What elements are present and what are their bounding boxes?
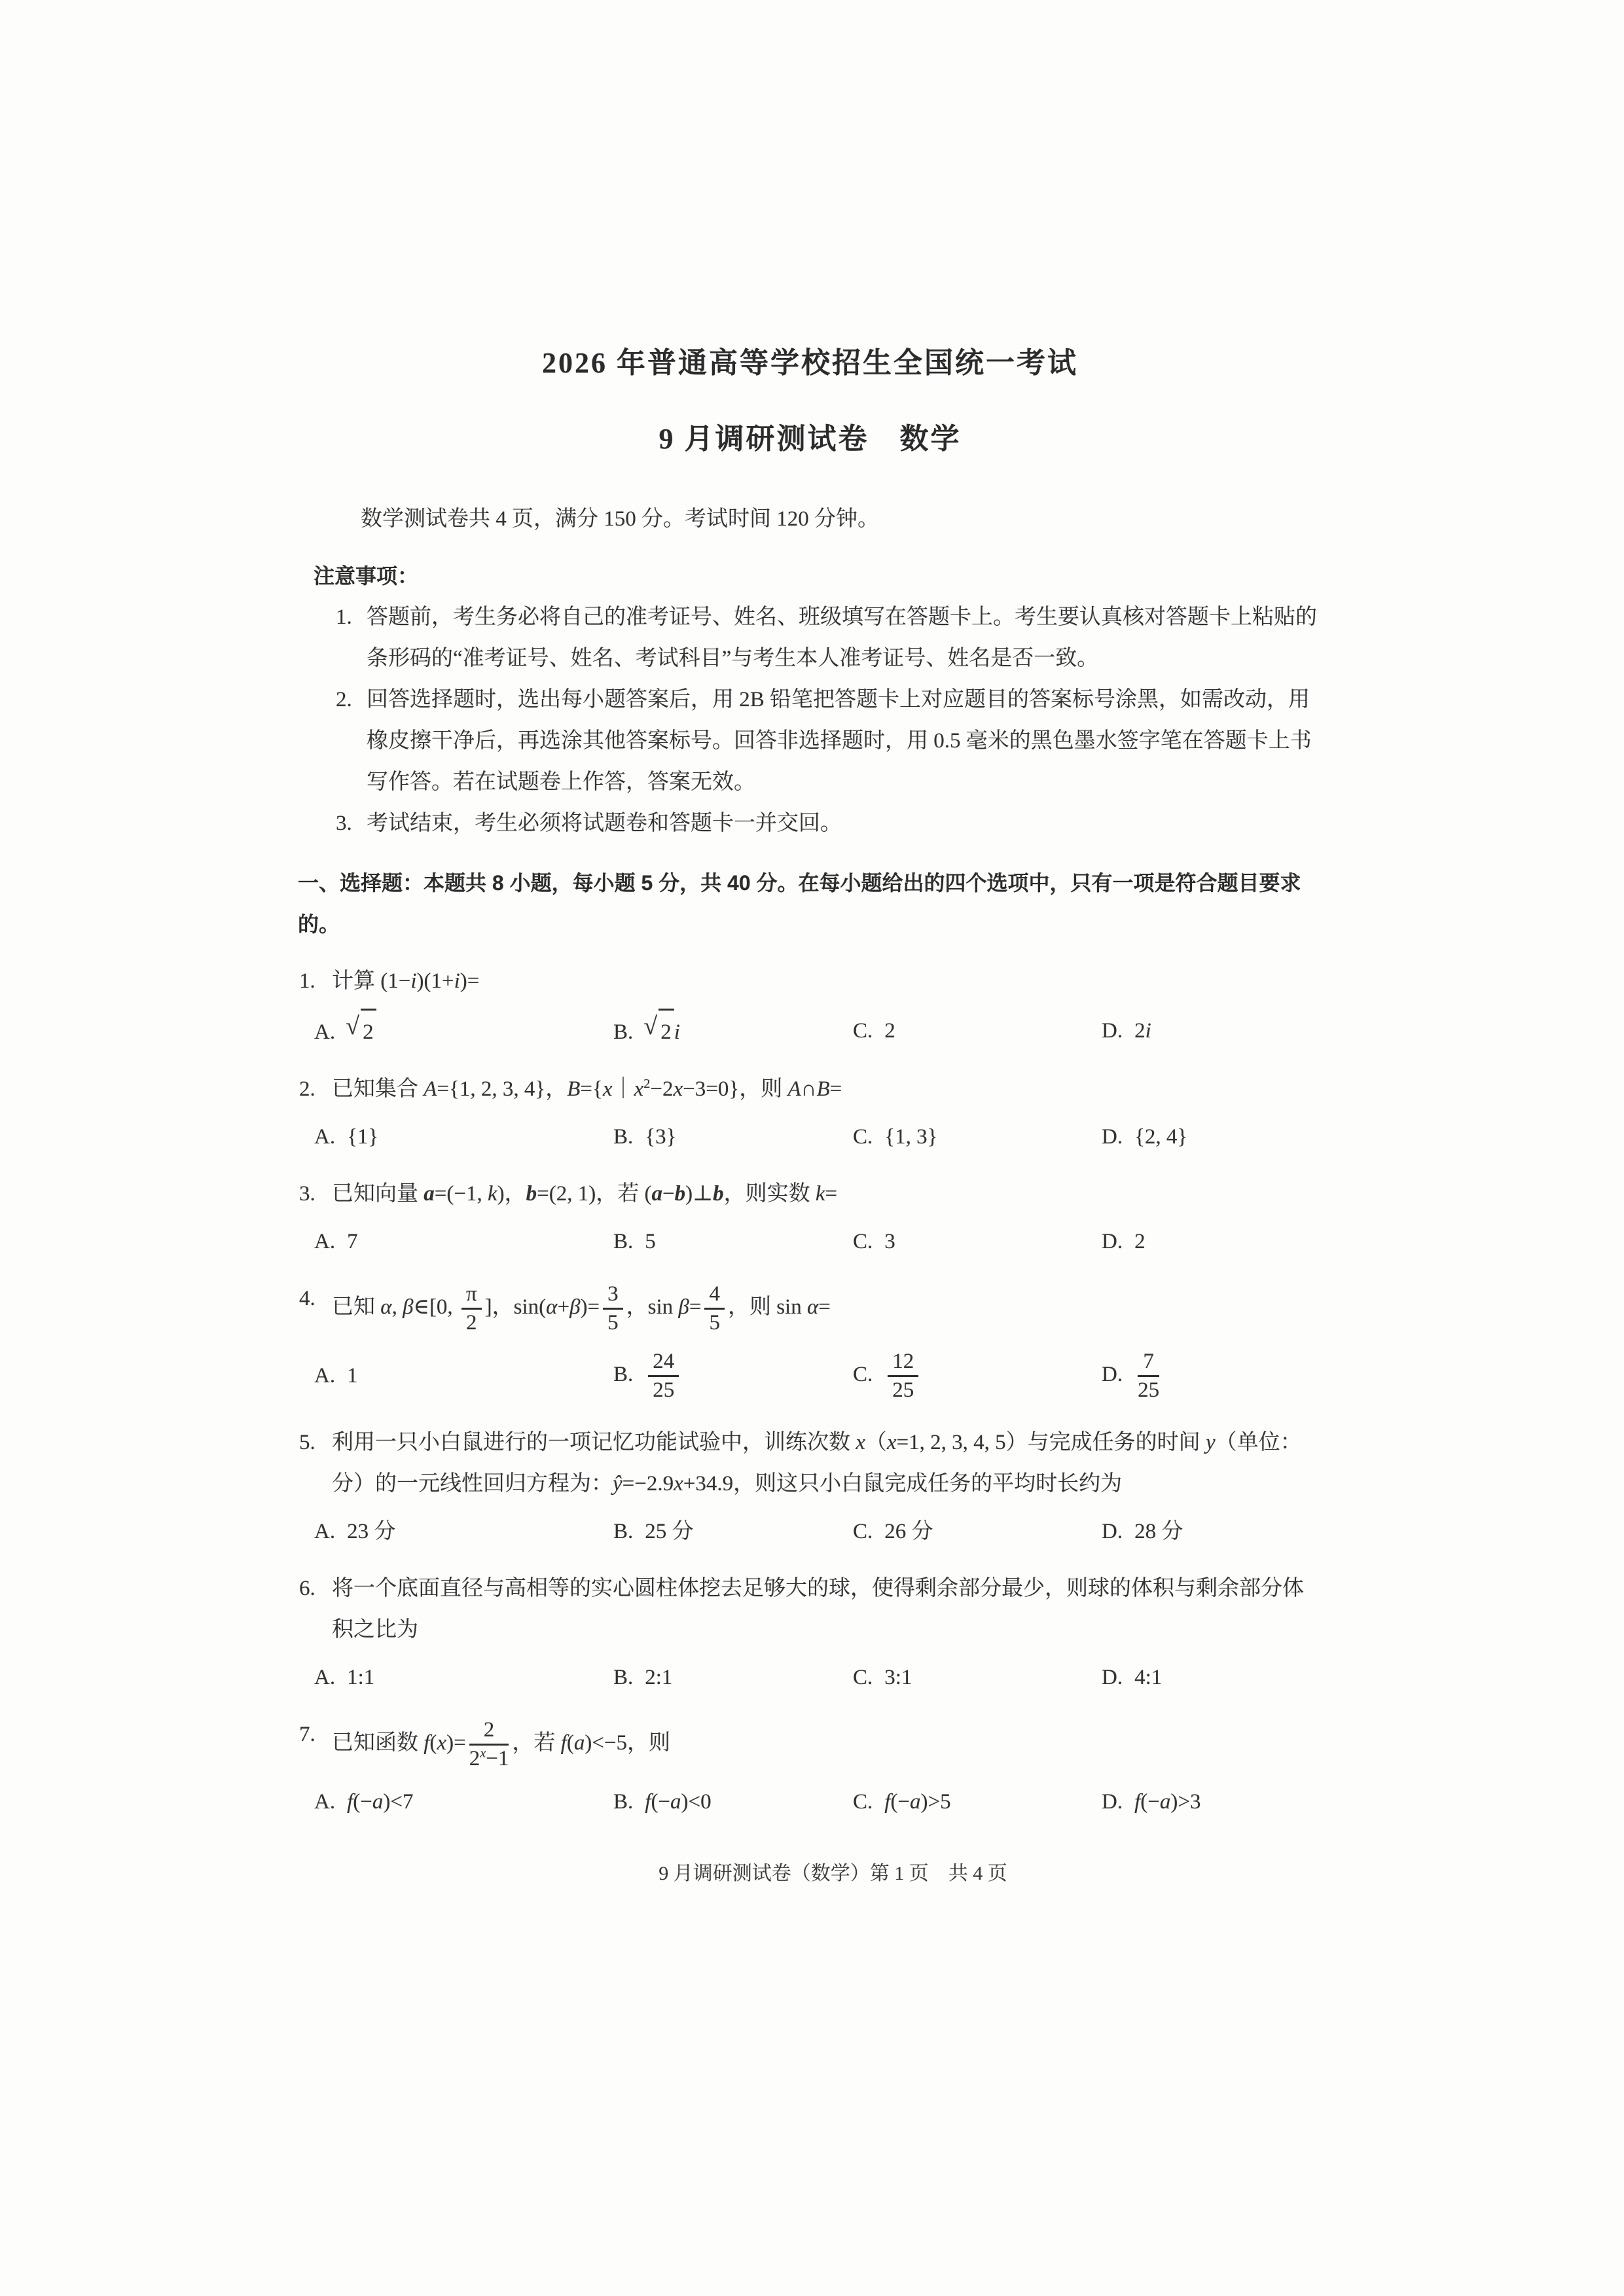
option-row: A.2B.2iC.2D.2i [298, 1009, 1322, 1053]
option-value: f(−a)<0 [645, 1790, 711, 1814]
question-stem-row: 2. 已知集合 A={1, 2, 3, 4}，B={x｜x2−2x−3=0}，则… [298, 1069, 1322, 1110]
option-value: 2 [347, 1020, 376, 1044]
question-number: 1. [298, 961, 332, 1002]
option-value: f(−a)>5 [884, 1790, 950, 1814]
question-number: 3. [298, 1174, 332, 1215]
option: A.{1} [314, 1117, 613, 1158]
option: B.5 [613, 1221, 853, 1263]
option-value: 5 [645, 1230, 656, 1253]
option: A.2 [314, 1009, 613, 1053]
option-label: B. [613, 1666, 633, 1689]
question-stem-row: 7. 已知函数 f(x)=22x−1，若 f(a)<−5，则 [298, 1714, 1322, 1775]
option-label: B. [613, 1230, 633, 1253]
option-label: C. [853, 1520, 873, 1543]
option-label: A. [314, 1520, 335, 1543]
option-value: 3 [884, 1230, 895, 1253]
question-stem-row: 6. 将一个底面直径与高相等的实心圆柱体挖去足够大的球，使得剩余部分最少，则球的… [298, 1568, 1322, 1651]
option: B.2425 [613, 1346, 853, 1407]
notice-item: 2. 回答选择题时，选出每小题答案后，用 2B 铅笔把答题卡上对应题目的答案标号… [298, 679, 1322, 803]
option-label: C. [853, 1666, 873, 1689]
option-label: C. [853, 1790, 873, 1814]
question-stem: 计算 (1−i)(1+i)= [332, 961, 1322, 1002]
exam-intro: 数学测试卷共 4 页，满分 150 分。考试时间 120 分钟。 [298, 499, 1322, 540]
option-value: 7 [347, 1230, 358, 1253]
option-label: D. [1102, 1125, 1123, 1149]
option-row: A.f(−a)<7B.f(−a)<0C.f(−a)>5D.f(−a)>3 [298, 1782, 1322, 1823]
option: A.1 [314, 1355, 613, 1397]
option-label: B. [613, 1125, 633, 1149]
option: A.1:1 [314, 1657, 613, 1698]
option-value: 28 分 [1134, 1520, 1183, 1543]
option-label: D. [1102, 1520, 1123, 1543]
option: A.f(−a)<7 [314, 1782, 613, 1823]
option-row: A.{1}B.{3}C.{1, 3}D.{2, 4} [298, 1117, 1322, 1158]
question-stem: 已知集合 A={1, 2, 3, 4}，B={x｜x2−2x−3=0}，则 A∩… [332, 1069, 1322, 1110]
question-number: 2. [298, 1069, 332, 1110]
notice-item: 1. 答题前，考生务必将自己的准考证号、姓名、班级填写在答题卡上。考生要认真核对… [298, 597, 1322, 679]
option: C.3 [853, 1221, 1102, 1263]
option-label: C. [853, 1363, 873, 1386]
option: C.3:1 [853, 1657, 1102, 1698]
question-stem: 利用一只小白鼠进行的一项记忆功能试验中，训练次数 x（x=1, 2, 3, 4,… [332, 1422, 1322, 1505]
option-value: 2:1 [645, 1666, 672, 1689]
notice-number: 2. [336, 679, 367, 803]
notice-text: 回答选择题时，选出每小题答案后，用 2B 铅笔把答题卡上对应题目的答案标号涂黑，… [367, 679, 1322, 803]
option-value: {2, 4} [1134, 1125, 1187, 1149]
question-item: 1. 计算 (1−i)(1+i)= A.2B.2iC.2D.2i [298, 961, 1322, 1053]
option: D.f(−a)>3 [1102, 1782, 1322, 1823]
question-item: 6. 将一个底面直径与高相等的实心圆柱体挖去足够大的球，使得剩余部分最少，则球的… [298, 1568, 1322, 1698]
option: C.{1, 3} [853, 1117, 1102, 1158]
option-value: 26 分 [884, 1520, 933, 1543]
question-number: 5. [298, 1422, 332, 1505]
option: C.2 [853, 1011, 1102, 1052]
option-row: A.7B.5C.3D.2 [298, 1221, 1322, 1263]
option: C.26 分 [853, 1511, 1102, 1552]
notice-number: 1. [336, 597, 367, 679]
option: B.2i [613, 1009, 853, 1053]
option-label: D. [1102, 1019, 1123, 1043]
option: C.1225 [853, 1346, 1102, 1407]
notice-list: 1. 答题前，考生务必将自己的准考证号、姓名、班级填写在答题卡上。考生要认真核对… [298, 597, 1322, 844]
section-heading: 一、选择题：本题共 8 小题，每小题 5 分，共 40 分。在每小题给出的四个选… [298, 863, 1322, 945]
option-value: {1, 3} [884, 1125, 937, 1149]
option-value: 1 [347, 1364, 358, 1388]
option: C.f(−a)>5 [853, 1782, 1102, 1823]
question-stem-row: 3. 已知向量 a=(−1, k)，b=(2, 1)，若 (a−b)⊥b，则实数… [298, 1174, 1322, 1215]
question-item: 3. 已知向量 a=(−1, k)，b=(2, 1)，若 (a−b)⊥b，则实数… [298, 1174, 1322, 1263]
question-number: 7. [298, 1714, 332, 1775]
option-value: 1225 [884, 1363, 922, 1386]
notice-text: 考试结束，考生必须将试题卷和答题卡一并交回。 [367, 803, 1322, 844]
option: D.725 [1102, 1346, 1322, 1407]
question-stem: 将一个底面直径与高相等的实心圆柱体挖去足够大的球，使得剩余部分最少，则球的体积与… [332, 1568, 1322, 1651]
option-value: 2i [1134, 1019, 1151, 1043]
option-value: 3:1 [884, 1666, 912, 1689]
option: D.2 [1102, 1221, 1322, 1263]
option: B.f(−a)<0 [613, 1782, 853, 1823]
option-label: A. [314, 1230, 335, 1253]
option: D.2i [1102, 1011, 1322, 1052]
option: D.28 分 [1102, 1511, 1322, 1552]
option-label: D. [1102, 1363, 1123, 1386]
option: D.4:1 [1102, 1657, 1322, 1698]
option-value: f(−a)<7 [347, 1790, 413, 1814]
option-value: {3} [645, 1125, 676, 1149]
option: A.7 [314, 1221, 613, 1263]
option-label: A. [314, 1125, 335, 1149]
notice-text: 答题前，考生务必将自己的准考证号、姓名、班级填写在答题卡上。考生要认真核对答题卡… [367, 597, 1322, 679]
option-label: A. [314, 1790, 335, 1814]
notice-number: 3. [336, 803, 367, 844]
option-value: 1:1 [347, 1666, 374, 1689]
notice-item: 3. 考试结束，考生必须将试题卷和答题卡一并交回。 [298, 803, 1322, 844]
option-label: A. [314, 1364, 335, 1388]
option-value: 23 分 [347, 1520, 395, 1543]
option-label: D. [1102, 1230, 1123, 1253]
notice-heading: 注意事项： [298, 556, 1322, 597]
option: B.2:1 [613, 1657, 853, 1698]
option-row: A.1B.2425C.1225D.725 [298, 1346, 1322, 1407]
exam-title: 2026 年普通高等学校招生全国统一考试 [298, 339, 1322, 381]
option-label: A. [314, 1666, 335, 1689]
option-value: 2425 [645, 1363, 682, 1386]
option-value: {1} [347, 1125, 378, 1149]
option-value: 25 分 [645, 1520, 693, 1543]
option-label: D. [1102, 1790, 1123, 1814]
option-label: C. [853, 1230, 873, 1253]
option: A.23 分 [314, 1511, 613, 1552]
option-label: B. [613, 1520, 633, 1543]
question-number: 4. [298, 1278, 332, 1339]
question-stem: 已知 α, β∈[0, π2]，sin(α+β)=35，sin β=45，则 s… [332, 1278, 1322, 1339]
question-stem: 已知向量 a=(−1, k)，b=(2, 1)，若 (a−b)⊥b，则实数 k= [332, 1174, 1322, 1215]
option-label: B. [613, 1363, 633, 1386]
option: D.{2, 4} [1102, 1117, 1322, 1158]
option-label: D. [1102, 1666, 1123, 1689]
question-item: 4. 已知 α, β∈[0, π2]，sin(α+β)=35，sin β=45，… [298, 1278, 1322, 1407]
option-value: f(−a)>3 [1134, 1790, 1200, 1814]
option-value: 4:1 [1134, 1666, 1162, 1689]
page-footer: 9 月调研测试卷（数学）第 1 页 共 4 页 [321, 1857, 1345, 1886]
question-number: 6. [298, 1568, 332, 1651]
option-label: B. [613, 1790, 633, 1814]
option-value: 725 [1134, 1363, 1163, 1386]
question-item: 7. 已知函数 f(x)=22x−1，若 f(a)<−5，则 A.f(−a)<7… [298, 1714, 1322, 1823]
option-label: B. [613, 1020, 633, 1044]
exam-content: 2026 年普通高等学校招生全国统一考试 9 月调研测试卷 数学 数学测试卷共 … [298, 0, 1322, 1886]
option-label: C. [853, 1125, 873, 1149]
question-stem-row: 5. 利用一只小白鼠进行的一项记忆功能试验中，训练次数 x（x=1, 2, 3,… [298, 1422, 1322, 1505]
question-item: 2. 已知集合 A={1, 2, 3, 4}，B={x｜x2−2x−3=0}，则… [298, 1069, 1322, 1158]
option-label: A. [314, 1020, 335, 1044]
option: B.{3} [613, 1117, 853, 1158]
question-item: 5. 利用一只小白鼠进行的一项记忆功能试验中，训练次数 x（x=1, 2, 3,… [298, 1422, 1322, 1552]
question-list: 1. 计算 (1−i)(1+i)= A.2B.2iC.2D.2i 2. 已知集合… [298, 961, 1322, 1823]
exam-page: 2026 年普通高等学校招生全国统一考试 9 月调研测试卷 数学 数学测试卷共 … [0, 0, 1624, 2296]
option-row: A.1:1B.2:1C.3:1D.4:1 [298, 1657, 1322, 1698]
question-stem: 已知函数 f(x)=22x−1，若 f(a)<−5，则 [332, 1714, 1322, 1775]
option-value: 2i [645, 1020, 680, 1044]
option-value: 2 [884, 1019, 895, 1043]
option-row: A.23 分B.25 分C.26 分D.28 分 [298, 1511, 1322, 1552]
option-value: 2 [1134, 1230, 1146, 1253]
option-label: C. [853, 1019, 873, 1043]
exam-subtitle: 9 月调研测试卷 数学 [298, 415, 1322, 457]
option: B.25 分 [613, 1511, 853, 1552]
question-stem-row: 1. 计算 (1−i)(1+i)= [298, 961, 1322, 1002]
question-stem-row: 4. 已知 α, β∈[0, π2]，sin(α+β)=35，sin β=45，… [298, 1278, 1322, 1339]
